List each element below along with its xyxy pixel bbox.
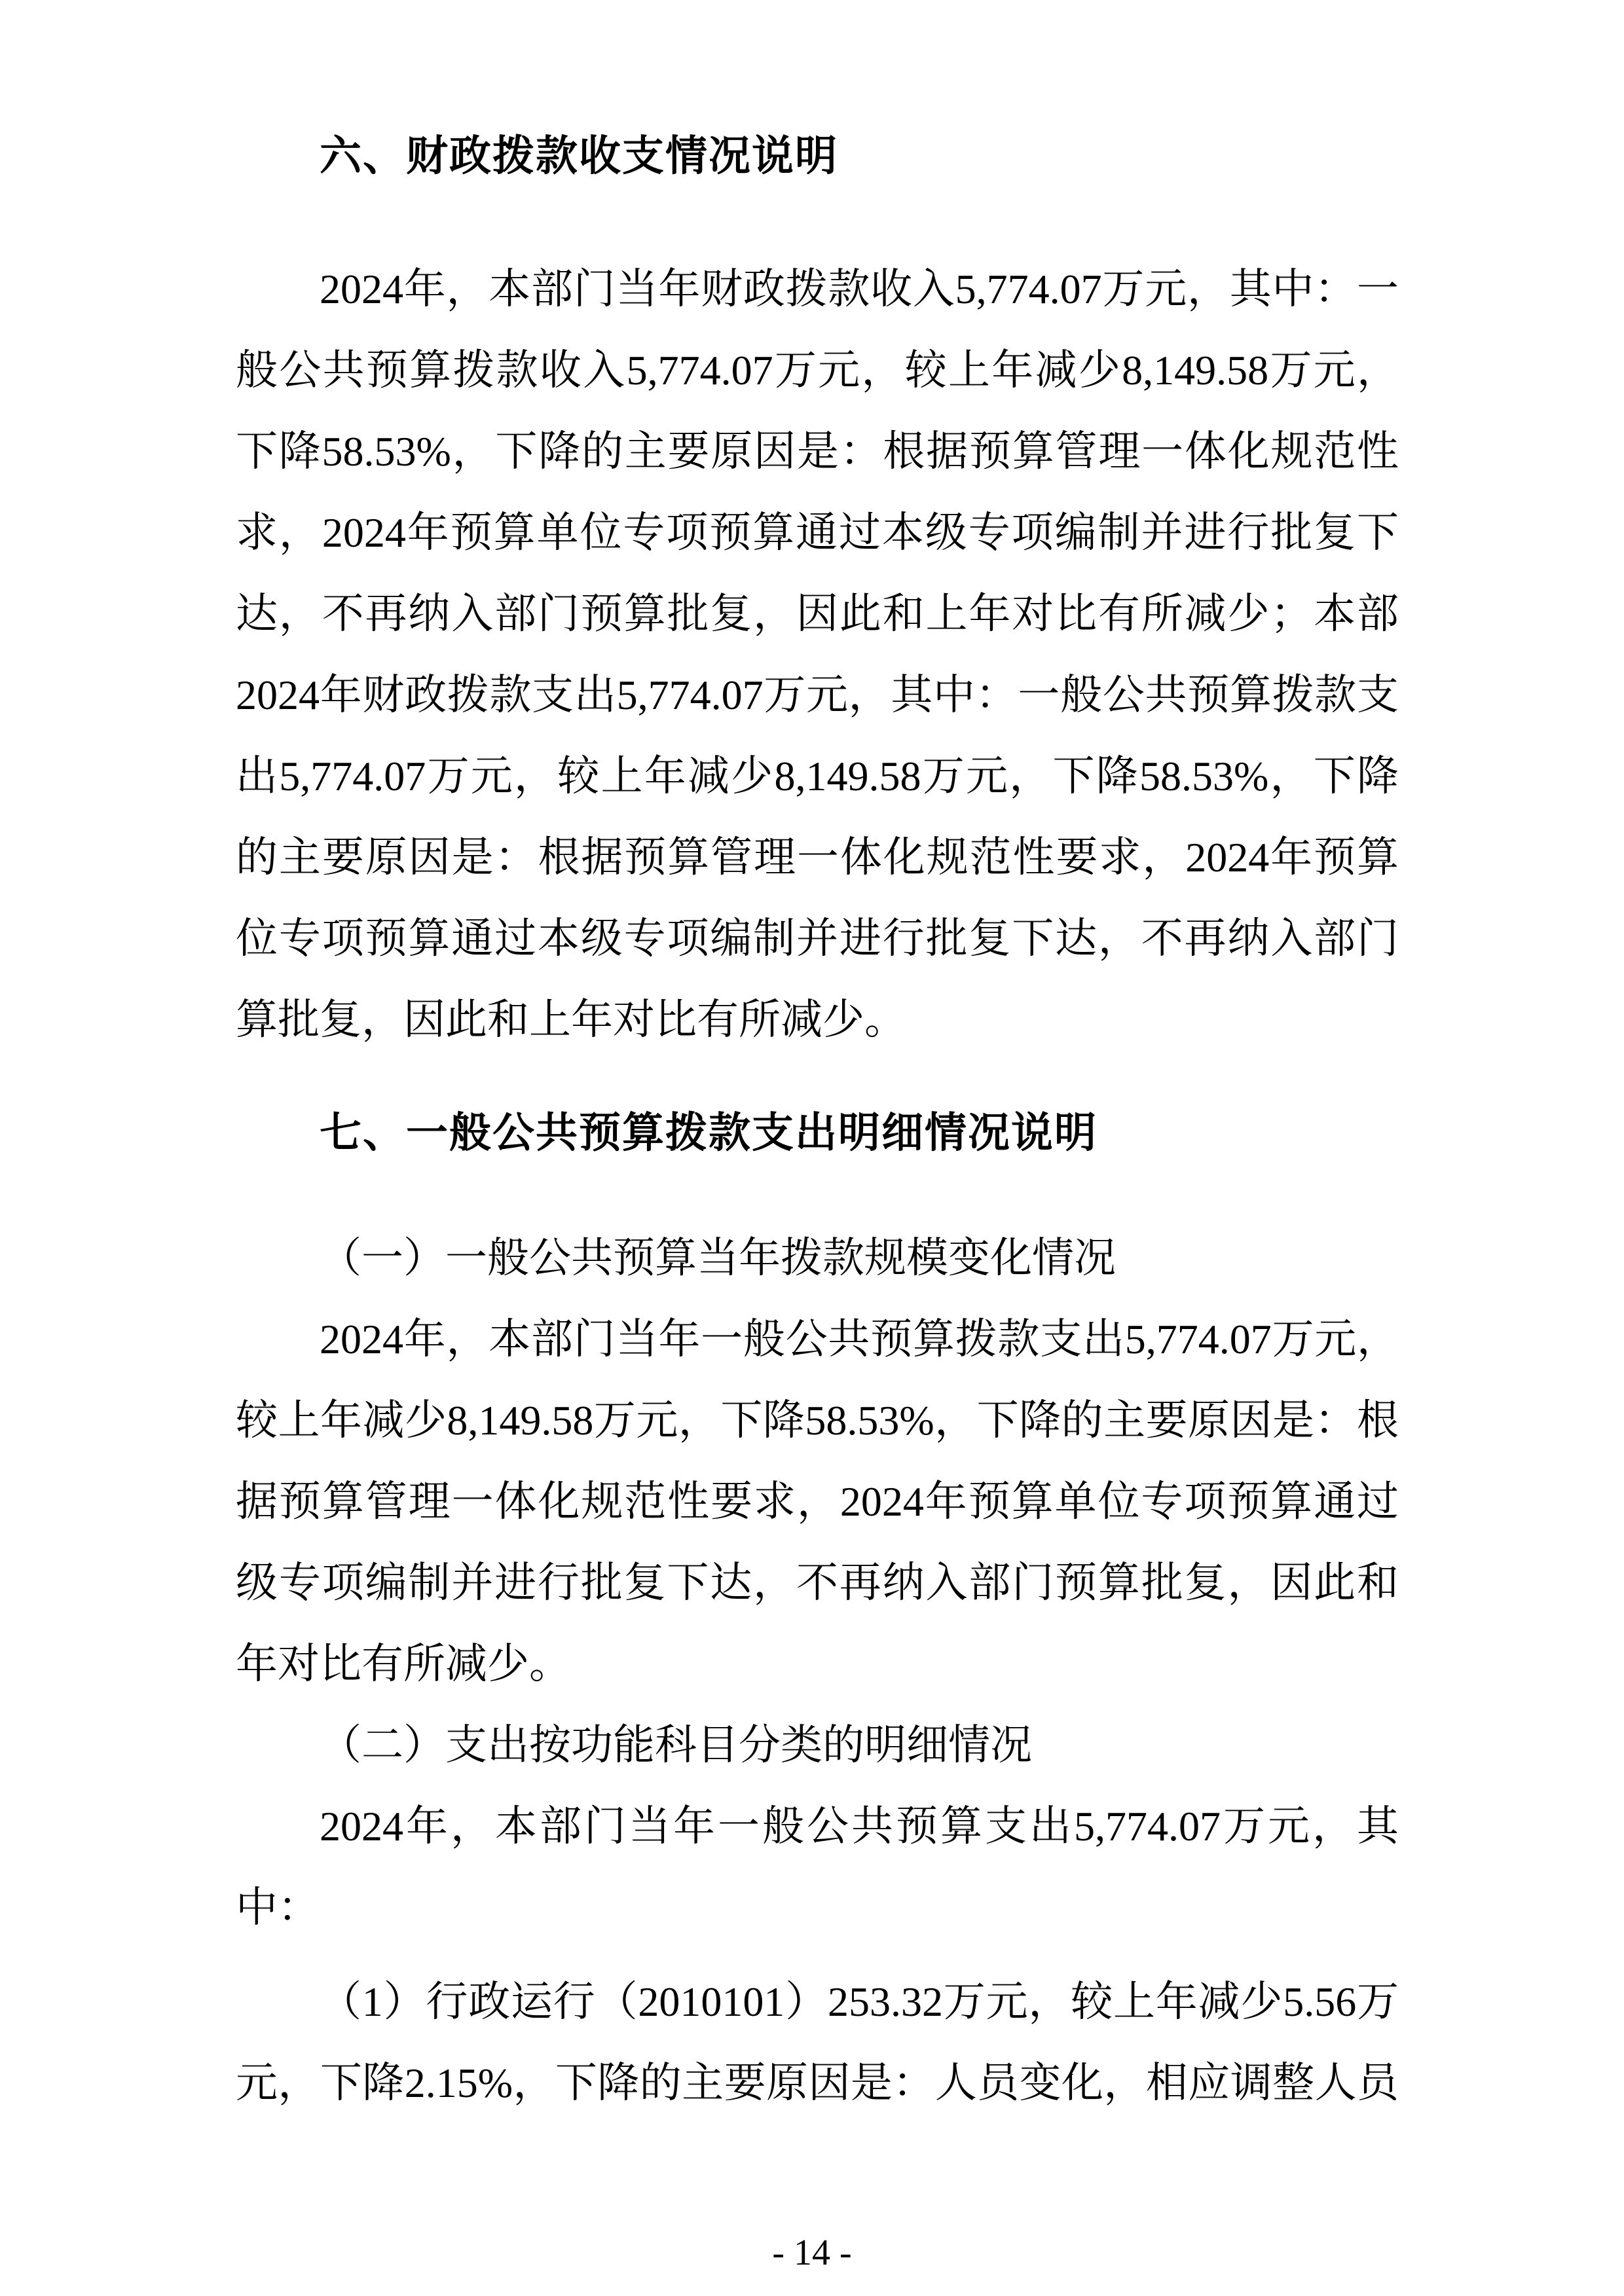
text-line: （一）一般公共预算当年拨款规模变化情况 (236, 1218, 1399, 1299)
text-line: 2024年，本部门当年财政拨款收入5,774.07万元，其中：一 (236, 249, 1399, 330)
subsection-1-paragraph: 2024年，本部门当年一般公共预算拨款支出5,774.07万元， 较上年减少8,… (236, 1299, 1399, 1705)
text-line: 下降58.53%，下降的主要原因是：根据预算管理一体化规范性要 (236, 411, 1399, 492)
page-content: 六、财政拨款收支情况说明 2024年，本部门当年财政拨款收入5,774.07万元… (236, 115, 1399, 2124)
text-line: 位专项预算通过本级专项编制并进行批复下达，不再纳入部门预 (236, 898, 1399, 979)
text-line: 级专项编制并进行批复下达，不再纳入部门预算批复，因此和上 (236, 1542, 1399, 1624)
text-line: 据预算管理一体化规范性要求，2024年预算单位专项预算通过本 (236, 1461, 1399, 1542)
section-7-heading: 七、一般公共预算拨款支出明细情况说明 (236, 1092, 1399, 1173)
subsection-2-title: （二）支出按功能科目分类的明细情况 (236, 1705, 1399, 1786)
text-line: 算批复，因此和上年对比有所减少。 (236, 979, 1399, 1061)
section-6-paragraph: 2024年，本部门当年财政拨款收入5,774.07万元，其中：一 般公共预算拨款… (236, 249, 1399, 1061)
text-line: （1）行政运行（2010101）253.32万元，较上年减少5.56万 (236, 1961, 1399, 2043)
text-line: 出5,774.07万元，较上年减少8,149.58万元，下降58.53%，下降 (236, 736, 1399, 817)
text-line: 2024年，本部门当年一般公共预算拨款支出5,774.07万元， (236, 1299, 1399, 1380)
item-1-paragraph: （1）行政运行（2010101）253.32万元，较上年减少5.56万 元，下降… (236, 1961, 1399, 2124)
text-line: 的主要原因是：根据预算管理一体化规范性要求，2024年预算单 (236, 817, 1399, 898)
text-line: （二）支出按功能科目分类的明细情况 (236, 1705, 1399, 1786)
text-line: 达，不再纳入部门预算批复，因此和上年对比有所减少；本部门 (236, 574, 1399, 655)
page-number: - 14 - (0, 2223, 1624, 2282)
text-line: 元，下降2.15%，下降的主要原因是：人员变化，相应调整人员支 (236, 2043, 1399, 2124)
text-line: 较上年减少8,149.58万元，下降58.53%，下降的主要原因是：根 (236, 1380, 1399, 1461)
text-line: 年对比有所减少。 (236, 1624, 1399, 1705)
text-line: 2024年，本部门当年一般公共预算支出5,774.07万元，其 (236, 1786, 1399, 1867)
document-page: 六、财政拨款收支情况说明 2024年，本部门当年财政拨款收入5,774.07万元… (0, 0, 1624, 2296)
text-line: 般公共预算拨款收入5,774.07万元，较上年减少8,149.58万元， (236, 330, 1399, 411)
subsection-2-intro-paragraph: 2024年，本部门当年一般公共预算支出5,774.07万元，其 中： (236, 1786, 1399, 1948)
text-line: 中： (236, 1867, 1399, 1948)
text-line: 2024年财政拨款支出5,774.07万元，其中：一般公共预算拨款支 (236, 655, 1399, 736)
section-6-heading: 六、财政拨款收支情况说明 (236, 115, 1399, 196)
subsection-1-title: （一）一般公共预算当年拨款规模变化情况 (236, 1218, 1399, 1299)
text-line: 求，2024年预算单位专项预算通过本级专项编制并进行批复下 (236, 492, 1399, 574)
